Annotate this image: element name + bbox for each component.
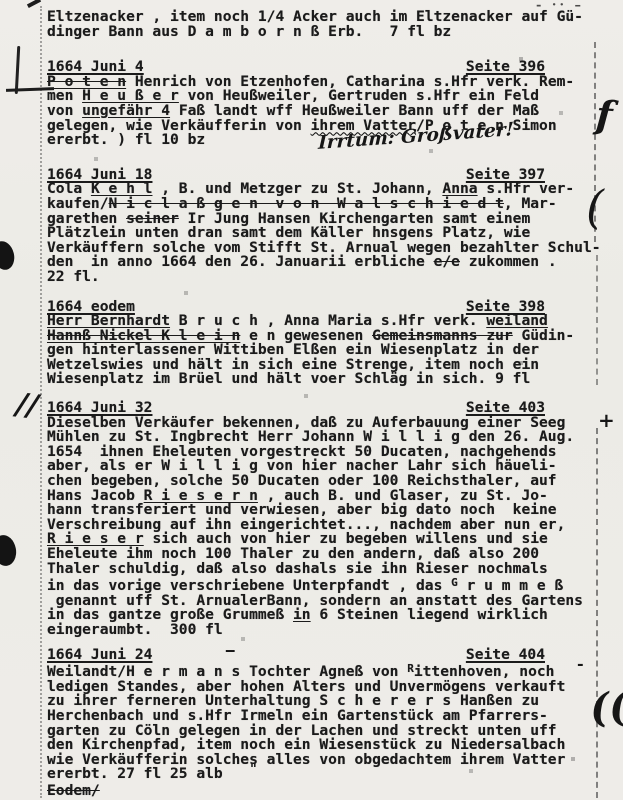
margin-handwriting-paren: ( — [586, 180, 604, 234]
carryover-paragraph: Eltzenacker , item noch 1/4 Acker auch i… — [47, 10, 588, 39]
register-entry: 1664 Juni 24Seite 404Weilandt/H e r m a … — [47, 648, 588, 782]
right-margin-line — [596, 428, 598, 798]
scanned-register-page: Irrtum: Großvater! f ( + // (( - -- " - … — [0, 0, 623, 800]
marked-text-segment: ihrem Vatter — [311, 117, 416, 134]
marked-text-segment: R — [407, 662, 414, 675]
entry-page-ref: Seite 404 — [466, 648, 545, 663]
text-segment: den in anno 1664 den 26. Januarii erblic… — [47, 253, 434, 270]
text-line: 22 fl. — [47, 270, 588, 285]
text-segment: ererbt. ) fl 10 bz — [47, 131, 205, 148]
margin-handwriting-parens: (( — [589, 683, 623, 732]
text-line: Wiesenplatz im Brüel und hält voer Schlä… — [47, 372, 588, 387]
register-entry: 1664 Juni 32Seite 403Dieselben Verkäufer… — [47, 401, 588, 638]
register-entry: 1664 Juni 4Seite 396P o t e n Henrich vo… — [47, 60, 588, 148]
text-line: eingeraumbt. 300 fl — [47, 623, 588, 638]
marked-text-segment: in — [293, 606, 311, 623]
scan-speckles — [0, 0, 2, 2]
marked-text-segment: Eodem/ — [47, 782, 100, 799]
entry-body: Cola K e h l , B. und Metzger zu St. Joh… — [47, 182, 588, 284]
margin-pen-stroke — [15, 46, 21, 94]
text-segment: Wiesenplatz im Brüel und hält voer Schlä… — [47, 370, 530, 387]
margin-handwriting-f: f — [594, 91, 613, 137]
entry-body: Herr Bernhardt B r u c h , Anna Maria s.… — [47, 314, 588, 387]
marked-text-segment: e/e — [434, 253, 460, 270]
text-line: ererbt. ) fl 10 bz — [47, 133, 588, 148]
corner-tick-mark — [27, 0, 41, 8]
text-line: Eodem/ — [47, 784, 588, 799]
entry-body: Dieselben Verkäufer bekennen, daß zu Auf… — [47, 416, 588, 638]
text-line: den in anno 1664 den 26. Januarii erblic… — [47, 255, 588, 270]
marked-text-segment: G — [451, 576, 458, 589]
punch-hole-mark — [0, 533, 19, 568]
entry-header: 1664 Juni 24Seite 404 — [47, 648, 545, 663]
text-line: ererbt. 27 fl 25 alb — [47, 767, 588, 782]
right-margin-line — [596, 255, 598, 385]
text-segment: dinger Bann aus D a m b o r n ß Erb. 7 f… — [47, 23, 451, 40]
text-segment: ererbt. 27 fl 25 alb — [47, 765, 223, 782]
text-segment: /P o t e n Simon — [416, 117, 557, 134]
text-segment: eingeraumbt. 300 fl — [47, 621, 223, 638]
text-line: dinger Bann aus D a m b o r n ß Erb. 7 f… — [47, 25, 588, 40]
text-segment: zukommen . — [460, 253, 557, 270]
cancelled-footer-word: Eodem/ — [47, 784, 588, 799]
entry-date: 1664 Juni 24 — [47, 648, 152, 663]
text-segment: 22 fl. — [47, 268, 100, 285]
text-segment: 6 Steinen liegend wirklich — [311, 606, 548, 623]
entry-body: P o t e n Henrich von Etzenhofen, Cathar… — [47, 75, 588, 148]
margin-handwriting-slashes: // — [14, 387, 39, 424]
register-entry: 1664 Juni 18Seite 397Cola K e h l , B. u… — [47, 168, 588, 285]
register-entry: 1664 eodemSeite 398Herr Bernhardt B r u … — [47, 300, 588, 388]
left-margin-line — [40, 6, 42, 798]
text-line: Thaler schuldig, daß also dashals sie ih… — [47, 562, 588, 577]
punch-hole-mark — [0, 239, 17, 272]
text-column: Eltzenacker , item noch 1/4 Acker auch i… — [47, 10, 588, 799]
text-segment: Thaler schuldig, daß also dashals sie ih… — [47, 560, 548, 577]
entry-body: Weilandt/H e r m a n s Tochter Agneß von… — [47, 662, 588, 782]
right-margin-line — [594, 42, 596, 242]
margin-handwriting-plus: + — [598, 408, 615, 432]
